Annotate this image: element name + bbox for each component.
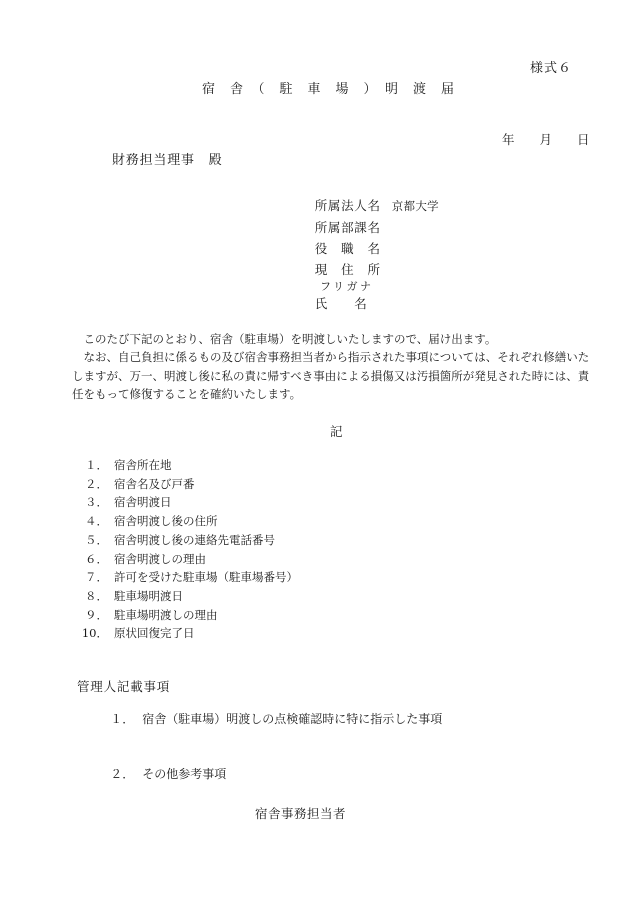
itemized-list: １．宿舎所在地 ２．宿舎名及び戸番 ３．宿舎明渡日 ４．宿舎明渡し後の住所 ５．… [72, 456, 298, 643]
form-number-label: 様式６ [530, 57, 572, 76]
list-item-number: ４． [72, 512, 108, 531]
manager-notes-heading: 管理人記載事項 [77, 677, 170, 695]
list-item-text: 原状回復完了日 [114, 626, 195, 640]
list-item: １．宿舎所在地 [72, 456, 298, 475]
body-paragraph: このたび下記のとおり、宿舎（駐車場）を明渡しいたしますので、届け出ます。 なお、… [72, 330, 602, 404]
list-item: 10．原状回復完了日 [72, 624, 298, 643]
manager-note-item: ２．その他参考事項 [95, 751, 226, 796]
list-item-text: 宿舎明渡し後の連絡先電話番号 [114, 533, 275, 547]
manager-note-text: 宿舎（駐車場）明渡しの点検確認時に特に指示した事項 [142, 712, 442, 726]
list-item-number: ３． [72, 493, 108, 512]
manager-note-number: １． [110, 710, 135, 727]
list-item-text: 宿舎明渡日 [114, 495, 172, 509]
field-name: 氏 名 [296, 279, 379, 327]
manager-note-item: １．宿舎（駐車場）明渡しの点検確認時に特に指示した事項 [95, 696, 442, 741]
list-item-text: 駐車場明渡日 [114, 589, 183, 603]
list-item-text: 駐車場明渡しの理由 [114, 608, 218, 622]
list-item-text: 宿舎所在地 [114, 458, 172, 472]
list-item-number: ８． [72, 587, 108, 606]
list-item-number: 10． [72, 624, 108, 643]
list-item-number: ５． [72, 531, 108, 550]
body-line: 任をもって修復することを確約いたします。 [72, 385, 602, 403]
list-item-text: 許可を受けた駐車場（駐車場番号） [114, 570, 298, 584]
list-item-text: 宿舎名及び戸番 [114, 477, 195, 491]
body-line: なお、自己負担に係るもの及び宿舎事務担当者から指示された事項については、それぞれ… [72, 348, 602, 366]
form-title: 宿 舎 （ 駐 車 場 ） 明 渡 届 [202, 78, 455, 97]
body-line: しますが、万一、明渡し後に私の責に帰すべき事由による損傷又は汚損箇所が発見された… [72, 367, 602, 385]
list-item: ６．宿舎明渡しの理由 [72, 550, 298, 569]
list-item-number: １． [72, 456, 108, 475]
list-item: ８．駐車場明渡日 [72, 587, 298, 606]
date-line: 年 月 日 [502, 130, 590, 148]
dorm-clerk-signature-label: 宿舎事務担当者 [255, 804, 346, 822]
list-item-number: ２． [72, 475, 108, 494]
list-item-number: ９． [72, 606, 108, 625]
addressee-line: 財務担当理事 殿 [112, 149, 222, 168]
list-item-text: 宿舎明渡し後の住所 [114, 514, 218, 528]
list-item: ３．宿舎明渡日 [72, 493, 298, 512]
manager-note-text: その他参考事項 [142, 767, 226, 781]
section-marker-ki: 記 [330, 422, 343, 440]
field-value: 京都大学 [392, 199, 439, 213]
body-line: このたび下記のとおり、宿舎（駐車場）を明渡しいたしますので、届け出ます。 [72, 330, 602, 348]
list-item: ４．宿舎明渡し後の住所 [72, 512, 298, 531]
list-item: ２．宿舎名及び戸番 [72, 475, 298, 494]
list-item: ５．宿舎明渡し後の連絡先電話番号 [72, 531, 298, 550]
manager-note-number: ２． [110, 765, 135, 782]
field-label: 氏 名 [315, 296, 368, 311]
list-item-number: ６． [72, 550, 108, 569]
list-item-text: 宿舎明渡しの理由 [114, 552, 206, 566]
form-document-page: 様式６ 宿 舎 （ 駐 車 場 ） 明 渡 届 年 月 日 財務担当理事 殿 所… [0, 0, 630, 903]
list-item: ９．駐車場明渡しの理由 [72, 606, 298, 625]
list-item-number: ７． [72, 568, 108, 587]
list-item: ７．許可を受けた駐車場（駐車場番号） [72, 568, 298, 587]
